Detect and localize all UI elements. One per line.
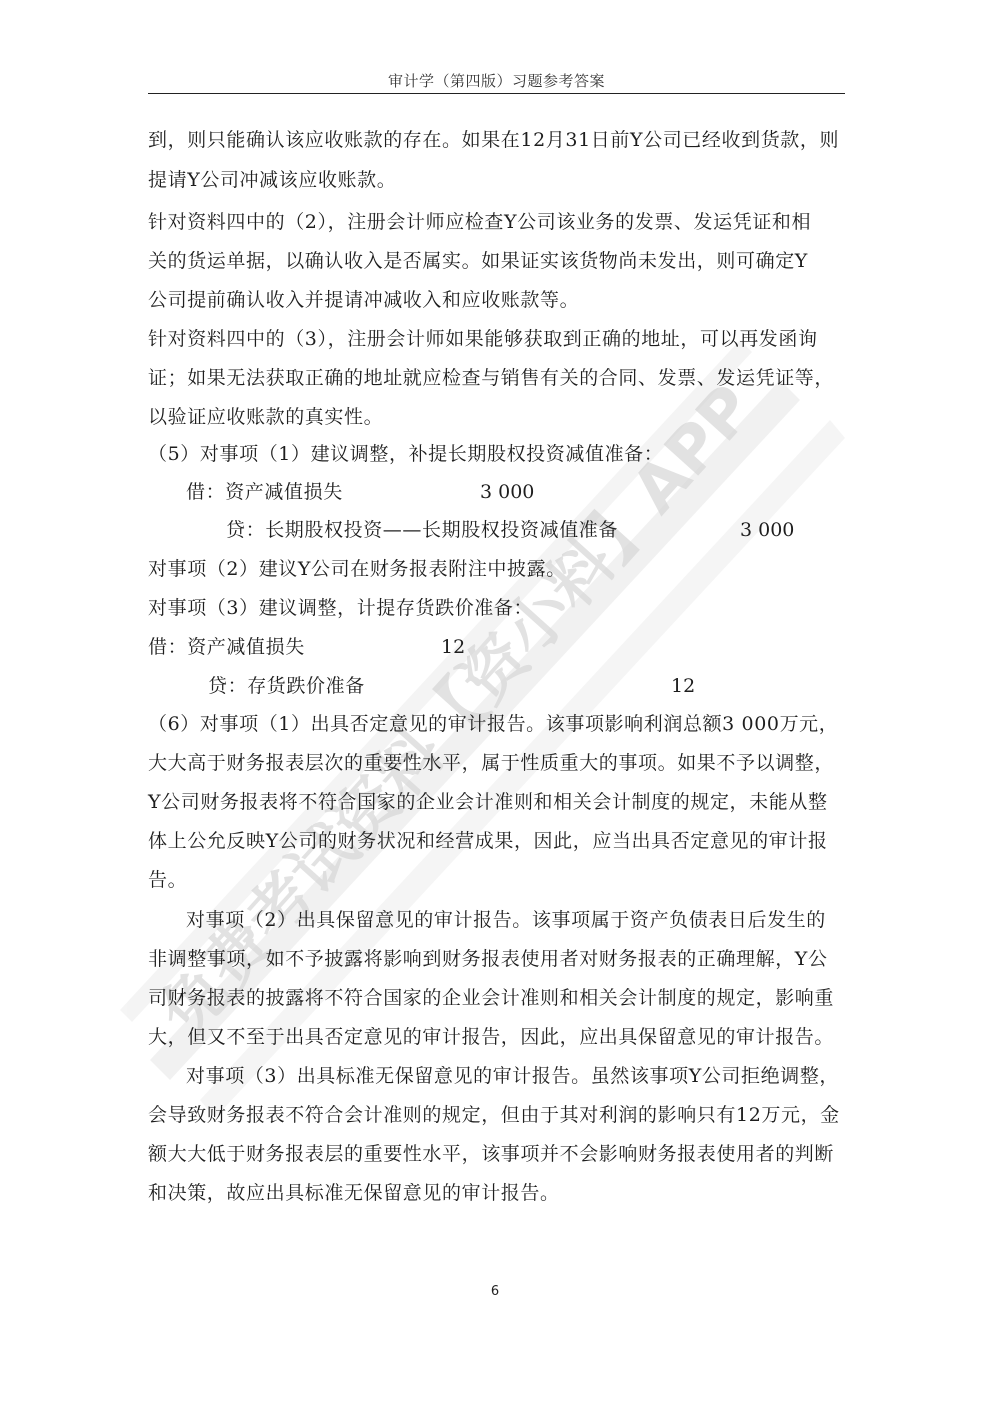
section-heading-5: （5）对事项（1）建议调整，补提长期股权投资减值准备： [148, 442, 848, 466]
body-line: 会导致财务报表不符合会计准则的规定，但由于其对利润的影响只有12万元，金 [148, 1103, 848, 1127]
entry1-credit-amount: 3 000 [740, 518, 794, 542]
page-number: 6 [480, 1284, 510, 1299]
body-line: 到，则只能确认该应收账款的存在。如果在12月31日前Y公司已经收到货款，则 [148, 128, 848, 152]
body-line: 额大大低于财务报表层的重要性水平，该事项并不会影响财务报表使用者的判断 [148, 1142, 848, 1166]
body-line: 对事项（3）出具标准无保留意见的审计报告。虽然该事项Y公司拒绝调整， [186, 1064, 886, 1088]
body-line: 以验证应收账款的真实性。 [148, 405, 848, 429]
body-line: 告。 [148, 868, 848, 892]
body-line: 对事项（2）出具保留意见的审计报告。该事项属于资产负债表日后发生的 [186, 908, 886, 932]
running-header: 审计学（第四版）习题参考答案 [148, 70, 845, 91]
body-line: Y公司财务报表将不符合国家的企业会计准则和相关会计制度的规定，未能从整 [148, 790, 848, 814]
body-line: 和决策，故应出具标准无保留意见的审计报告。 [148, 1181, 848, 1205]
item3-note: 对事项（3）建议调整，计提存货跌价准备： [148, 596, 848, 620]
header-divider [148, 93, 845, 94]
body-line: 大，但又不至于出具否定意见的审计报告，因此，应出具保留意见的审计报告。 [148, 1025, 848, 1049]
body-line: 针对资料四中的（3），注册会计师如果能够获取到正确的地址，可以再发函询 [148, 327, 848, 351]
entry1-debit-amount: 3 000 [480, 480, 534, 504]
body-line: 针对资料四中的（2），注册会计师应检查Y公司该业务的发票、发运凭证和相 [148, 210, 848, 234]
body-line: 关的货运单据，以确认收入是否属实。如果证实该货物尚未发出，则可确定Y [148, 249, 848, 273]
body-line: 非调整事项，如不予披露将影响到财务报表使用者对财务报表的正确理解，Y公 [148, 947, 848, 971]
body-line: 提请Y公司冲减该应收账款。 [148, 168, 848, 192]
entry2-debit-amount: 12 [441, 635, 465, 659]
document-page: 免费考试资料【资小料】APP 审计学（第四版）习题参考答案 到，则只能确认该应收… [0, 0, 993, 1404]
entry1-debit-label: 借：资产减值损失 [186, 480, 886, 504]
body-line: 公司提前确认收入并提请冲减收入和应收账款等。 [148, 288, 848, 312]
item2-note: 对事项（2）建议Y公司在财务报表附注中披露。 [148, 557, 848, 581]
body-line: 证；如果无法获取正确的地址就应检查与销售有关的合同、发票、发运凭证等， [148, 366, 848, 390]
section-heading-6: （6）对事项（1）出具否定意见的审计报告。该事项影响利润总额3 000万元， [148, 712, 848, 736]
entry1-credit-label: 贷：长期股权投资——长期股权投资减值准备 [226, 518, 926, 542]
body-line: 体上公允反映Y公司的财务状况和经营成果，因此，应当出具否定意见的审计报 [148, 829, 848, 853]
entry2-debit-label: 借：资产减值损失 [148, 635, 848, 659]
body-line: 大大高于财务报表层次的重要性水平，属于性质重大的事项。如果不予以调整， [148, 751, 848, 775]
entry2-credit-label: 贷：存货跌价准备 [208, 674, 908, 698]
body-line: 司财务报表的披露将不符合国家的企业会计准则和相关会计制度的规定，影响重 [148, 986, 848, 1010]
entry2-credit-amount: 12 [671, 674, 695, 698]
